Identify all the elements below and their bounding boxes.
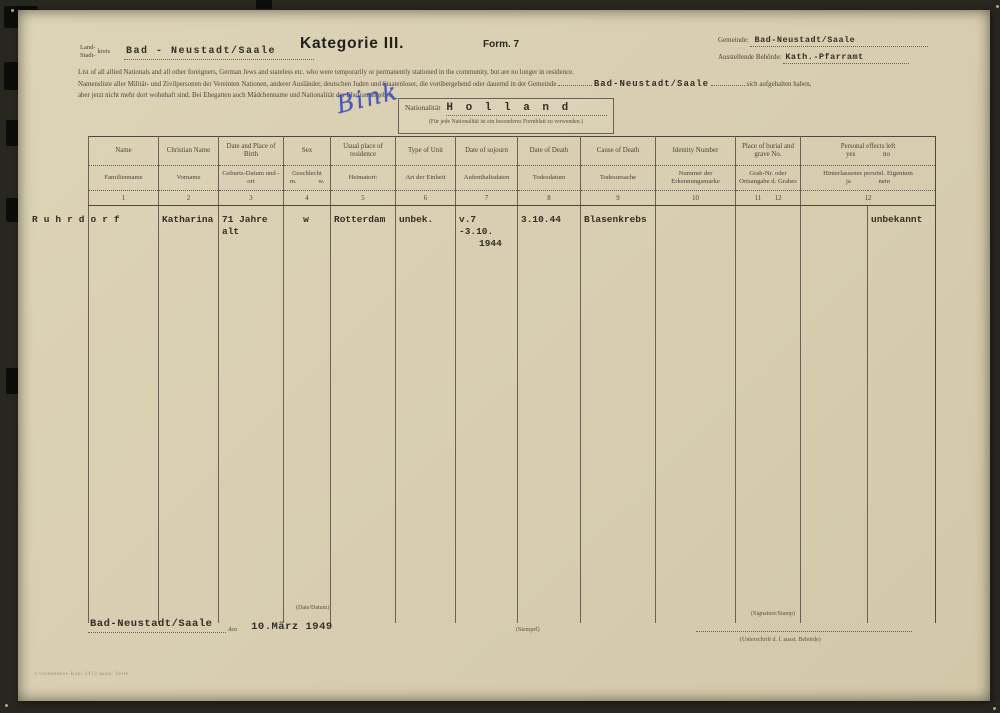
nationality-note: (Für jede Nationalität ist ein besondere… [405, 119, 607, 125]
col-number: 1 [89, 191, 159, 206]
effects-de-janein: ja nein [846, 178, 890, 185]
scan-edge-mark [256, 0, 272, 9]
col-number: 5 [331, 191, 396, 206]
col-header-effects-en: Personal effects left yes no [801, 137, 936, 166]
footer-place-value: Bad-Neustadt/Saale [88, 618, 226, 633]
scan-speck [5, 704, 8, 707]
page-title: Kategorie III. [300, 35, 404, 53]
effects-en-label: Personal effects left [841, 143, 896, 150]
col-header-death-en: Date of Death [518, 137, 581, 166]
kreis-value: Bad - Neustadt/Saale [124, 46, 314, 60]
dotted-blank [558, 78, 592, 86]
name-value: Ruhrdorf [32, 214, 126, 226]
cell-death-date: 3.10.44 [518, 206, 581, 624]
gemeinde-value: Bad-Neustadt/Saale [750, 35, 928, 47]
col-header-identity-de: Nummer der Erkennungsmarke [656, 166, 736, 191]
col-header-cause-en: Cause of Death [581, 137, 656, 166]
form-page: Land- Stadt- kreis Bad - Neustadt/Saale … [18, 10, 990, 701]
cell-christian-name: Katharina [159, 206, 219, 624]
col-header-identity-en: Identity Number [656, 137, 736, 166]
signature-caption-en: (Signature/Stamp) [751, 611, 795, 617]
col-header-death-de: Todesdatum [518, 166, 581, 191]
behoerde-label: Ausstellende Behörde: [718, 53, 782, 61]
printer-imprint: 4 vorhandene Kop. 2413 ausst. Seite [34, 671, 129, 677]
header-row-german: Familienname Vorname Geburts-Datum und -… [89, 166, 936, 191]
intro-paragraph: List of all allied Nationals and all oth… [78, 67, 962, 101]
sex-de-label: Geschlecht [292, 170, 322, 177]
cell-identity-number [656, 206, 736, 624]
intro-line-german-after: sich aufgehalten haben, [747, 81, 812, 88]
col-header-burial-de: Grab-Nr. oder Ortsangabe d. Grabes [736, 166, 801, 191]
scan-speck [993, 707, 996, 710]
kreis-label-suffix: kreis [98, 48, 111, 56]
place-date-line: Bad-Neustadt/Saale den 10.März 1949 [88, 618, 333, 633]
col-number: 11 12 [736, 191, 801, 206]
cell-burial [736, 206, 801, 624]
col-number: 10 [656, 191, 736, 206]
sex-de-mw: m. w. [290, 178, 325, 185]
cell-birth: 71 Jahre alt [219, 206, 284, 624]
col-header-christian-en: Christian Name [159, 137, 219, 166]
col-header-sex-de: Geschlecht m. w. [284, 166, 331, 191]
cell-sex: w [284, 206, 331, 624]
sojourn-line1: v.7 -3.10. [459, 214, 493, 237]
col-header-residence-en: Usual place of residence [331, 137, 396, 166]
nationality-value: H o l l a n d [446, 102, 607, 116]
col-header-burial-en: Place of burial and grave No. [736, 137, 801, 166]
kreis-label-land: Land- [80, 44, 96, 52]
col-header-name-en: Name [89, 137, 159, 166]
kreis-label: Land- Stadt- kreis [80, 44, 110, 60]
cell-unit: unbek. [396, 206, 456, 624]
form-number: Form. 7 [483, 39, 519, 50]
col-header-unit-de: Art der Einheit [396, 166, 456, 191]
col-number: 4 [284, 191, 331, 206]
behoerde-row: Ausstellende Behörde: Kath.-Pfarramt [718, 52, 980, 64]
col-number: 3 [219, 191, 284, 206]
col-number: 9 [581, 191, 656, 206]
col-number: 2 [159, 191, 219, 206]
col-number: 7 [456, 191, 518, 206]
header-row-numbers: 1 2 3 4 5 6 7 8 9 10 11 12 12 [89, 191, 936, 206]
roster-table: Name Christian Name Date and Place of Bi… [88, 136, 936, 623]
cell-name: Ruhrdorf [89, 206, 159, 624]
col-number: 12 [801, 191, 936, 206]
date-caption: (Date/Datum) [296, 605, 329, 611]
behoerde-value: Kath.-Pfarramt [783, 52, 909, 64]
col-header-residence-de: Heimatort: [331, 166, 396, 191]
cell-residence: Rotterdam [331, 206, 396, 624]
intro-inline-gemeinde: Bad-Neustadt/Saale [594, 79, 709, 89]
col-header-christian-de: Vorname [159, 166, 219, 191]
intro-line-german-before: Namensliste aller Militär- und Zivilpers… [78, 81, 556, 88]
nationality-label: Nationalität [405, 103, 440, 112]
signature-line [696, 631, 912, 632]
kreis-label-stadt: Stadt- [80, 52, 96, 60]
col-number: 8 [518, 191, 581, 206]
cell-effects-nein: unbekannt [868, 206, 936, 624]
stamp-caption: (Stempel) [516, 627, 540, 633]
col-header-birth-en: Date and Place of Birth [219, 137, 284, 166]
gemeinde-row: Gemeinde: Bad-Neustadt/Saale [718, 35, 980, 47]
footer-date-value: 10.März 1949 [251, 621, 333, 633]
signature-caption-de: (Unterschrift d. f. ausst. Behörde) [740, 637, 821, 643]
scanned-document-view: Land- Stadt- kreis Bad - Neustadt/Saale … [0, 0, 1000, 713]
col-number: 6 [396, 191, 456, 206]
cell-cause-of-death: Blasenkrebs [581, 206, 656, 624]
col-header-sojourn-de: Aufenthaltsdaten [456, 166, 518, 191]
table-row: Ruhrdorf Katharina 71 Jahre alt w Rotter… [89, 206, 936, 624]
den-label: den [228, 627, 237, 633]
cell-sojourn: v.7 -3.10. 1944 [456, 206, 518, 624]
effects-en-yesno: yes no [846, 151, 890, 158]
effects-de-label: Hinterlassenes persönl. Eigentum [823, 170, 913, 177]
cell-effects-ja [801, 206, 868, 624]
col-header-birth-de: Geburts-Datum und -ort [219, 166, 284, 191]
dotted-blank [711, 78, 745, 86]
header-row-english: Name Christian Name Date and Place of Bi… [89, 137, 936, 166]
intro-line-english: List of all allied Nationals and all oth… [78, 67, 962, 78]
intro-line-german: Namensliste aller Militär- und Zivilpers… [78, 78, 962, 90]
col-header-effects-de: Hinterlassenes persönl. Eigentum ja nein [801, 166, 936, 191]
col-header-name-de: Familienname [89, 166, 159, 191]
col-header-sojourn-en: Date of sojourn [456, 137, 518, 166]
gemeinde-label: Gemeinde: [718, 36, 749, 44]
sojourn-line2: 1944 [479, 238, 502, 249]
col-header-unit-en: Type of Unit [396, 137, 456, 166]
scan-speck [11, 9, 14, 12]
col-header-sex-en: Sex [284, 137, 331, 166]
col-header-cause-de: Todesursache [581, 166, 656, 191]
nationality-box: Nationalität H o l l a n d (Für jede Nat… [398, 98, 614, 134]
scan-speck [996, 5, 999, 8]
